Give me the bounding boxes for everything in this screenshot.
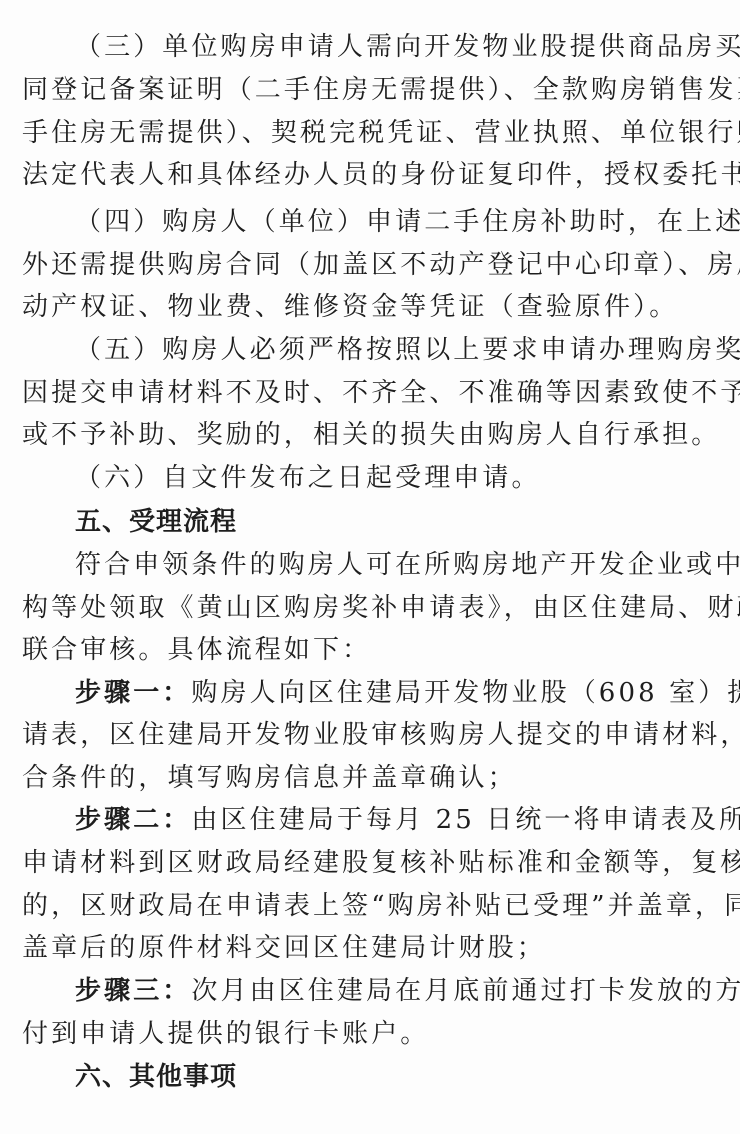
- paragraph-6-line-1: （六）自文件发布之日起受理申请。: [75, 463, 740, 493]
- paragraph-3-line-4: 法定代表人和具体经办人员的身份证复印件，授权委托书。: [22, 160, 722, 190]
- step-1-line-1: 步骤一：购房人向区住建局开发物业股（608 室）提交申: [75, 678, 740, 708]
- section-heading-other-matters: 六、其他事项: [75, 1062, 740, 1092]
- step-2-text: 由区住建局于每月 25 日统一将申请表及所需的: [191, 805, 740, 835]
- paragraph-4-line-2: 外还需提供购房合同（加盖区不动产登记中心印章）、房屋不: [22, 250, 722, 280]
- step-1-line-2: 请表，区住建局开发物业股审核购房人提交的申请材料，对符: [22, 720, 722, 750]
- step-2-line-2: 申请材料到区财政局经建股复核补贴标准和金额等，复核无误: [22, 848, 722, 878]
- paragraph-5-line-1: （五）购房人必须严格按照以上要求申请办理购房奖补。: [75, 335, 740, 365]
- step-3-text: 次月由区住建局在月底前通过打卡发放的方式拨: [191, 976, 740, 1006]
- step-2-line-4: 盖章后的原件材料交回区住建局计财股；: [22, 933, 722, 963]
- document-page: （三）单位购房申请人需向开发物业股提供商品房买卖合 同登记备案证明（二手住房无需…: [0, 0, 740, 1134]
- step-1-text: 购房人向区住建局开发物业股（608 室）提交申: [191, 678, 740, 708]
- step-1-line-3: 合条件的，填写购房信息并盖章确认；: [22, 763, 722, 793]
- step-2-line-1: 步骤二：由区住建局于每月 25 日统一将申请表及所需的: [75, 805, 740, 835]
- step-3-line-1: 步骤三：次月由区住建局在月底前通过打卡发放的方式拨: [75, 976, 740, 1006]
- paragraph-4-line-3: 动产权证、物业费、维修资金等凭证（查验原件）。: [22, 292, 722, 322]
- paragraph-4-line-1: （四）购房人（单位）申请二手住房补助时，在上述材料: [75, 207, 740, 237]
- section-heading-acceptance-process: 五、受理流程: [75, 507, 740, 537]
- step-2-label: 步骤二：: [75, 805, 191, 835]
- paragraph-5-line-2: 因提交申请材料不及时、不齐全、不准确等因素致使不予受理: [22, 378, 722, 408]
- process-intro-line-3: 联合审核。具体流程如下：: [22, 635, 722, 665]
- paragraph-5-line-3: 或不予补助、奖励的，相关的损失由购房人自行承担。: [22, 420, 722, 450]
- step-2-line-3: 的，区财政局在申请表上签“购房补贴已受理”并盖章，同时将: [22, 891, 722, 921]
- paragraph-3-line-3: 手住房无需提供）、契税完税凭证、营业执照、单位银行账户、: [22, 118, 722, 148]
- step-3-label: 步骤三：: [75, 976, 191, 1006]
- process-intro-line-1: 符合申领条件的购房人可在所购房地产开发企业或中介机: [75, 550, 740, 580]
- process-intro-line-2: 构等处领取《黄山区购房奖补申请表》，由区住建局、财政局: [22, 593, 722, 623]
- step-3-line-2: 付到申请人提供的银行卡账户。: [22, 1019, 722, 1049]
- paragraph-3-line-1: （三）单位购房申请人需向开发物业股提供商品房买卖合: [75, 32, 740, 62]
- paragraph-3-line-2: 同登记备案证明（二手住房无需提供）、全款购房销售发票（二: [22, 75, 722, 105]
- step-1-label: 步骤一：: [75, 678, 191, 708]
